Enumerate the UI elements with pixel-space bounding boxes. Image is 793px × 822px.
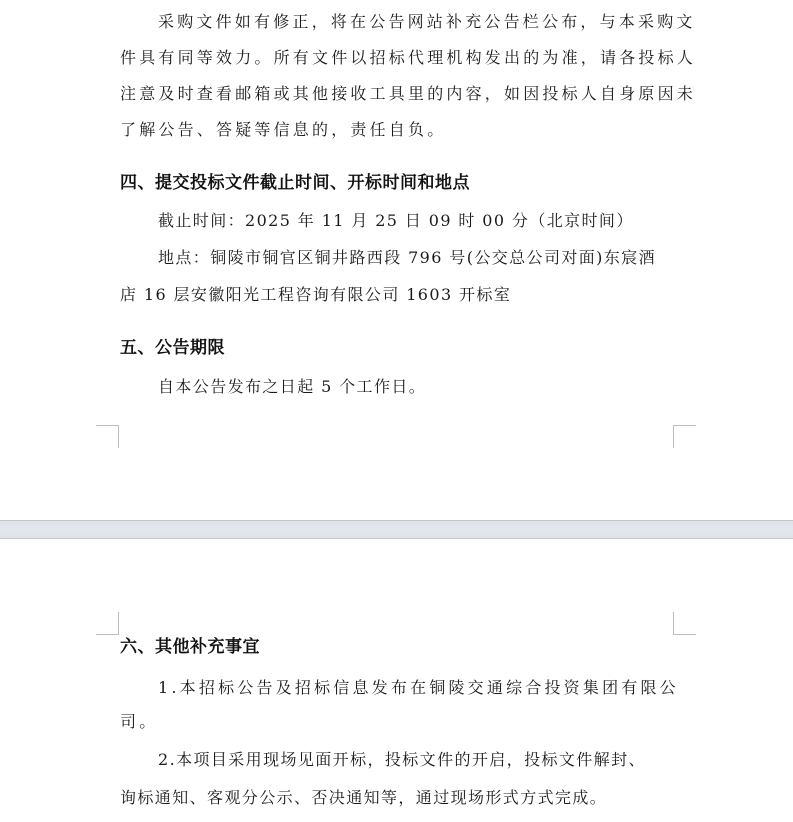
section-6-heading: 六、其他补充事宜 [120,637,260,657]
margin-corner-mark-bottom-left [96,425,119,448]
document-page-1: 采购文件如有修正，将在公告网站补充公告栏公布，与本采购文 件具有同等效力。所有文… [0,0,793,520]
paragraph-line: 了解公告、答疑等信息的，责任自负。 [120,120,680,140]
notice-period-text: 自本公告发布之日起 5 个工作日。 [158,377,718,397]
section-5-heading: 五、公告期限 [120,338,225,358]
item-2-line-1: 2.本项目采用现场见面开标，投标文件的开启，投标文件解封、 [158,750,718,770]
paragraph-line: 注意及时查看邮箱或其他接收工具里的内容，如因投标人自身原因未 [120,84,680,104]
deadline-text: 截止时间：2025 年 11 月 25 日 09 时 00 分（北京时间） [158,211,718,231]
margin-corner-mark-top-left [96,612,119,635]
item-2-line-2: 询标通知、客观分公示、否决通知等，通过现场形式方式完成。 [120,788,680,808]
page-break-gap [0,520,793,539]
margin-corner-mark-bottom-right [673,425,696,448]
item-1-line-1: 1.本招标公告及招标信息发布在铜陵交通综合投资集团有限公 [158,678,718,698]
margin-corner-mark-top-right [673,612,696,635]
paragraph-line: 采购文件如有修正，将在公告网站补充公告栏公布，与本采购文 [158,12,718,32]
item-1-line-2: 司。 [120,712,680,732]
paragraph-line: 件具有同等效力。所有文件以招标代理机构发出的为准，请各投标人 [120,48,680,68]
section-4-heading: 四、提交投标文件截止时间、开标时间和地点 [120,173,470,193]
location-text-line-2: 店 16 层安徽阳光工程咨询有限公司 1603 开标室 [120,285,680,305]
location-text-line-1: 地点：铜陵市铜官区铜井路西段 796 号(公交总公司对面)东宸酒 [158,248,718,268]
